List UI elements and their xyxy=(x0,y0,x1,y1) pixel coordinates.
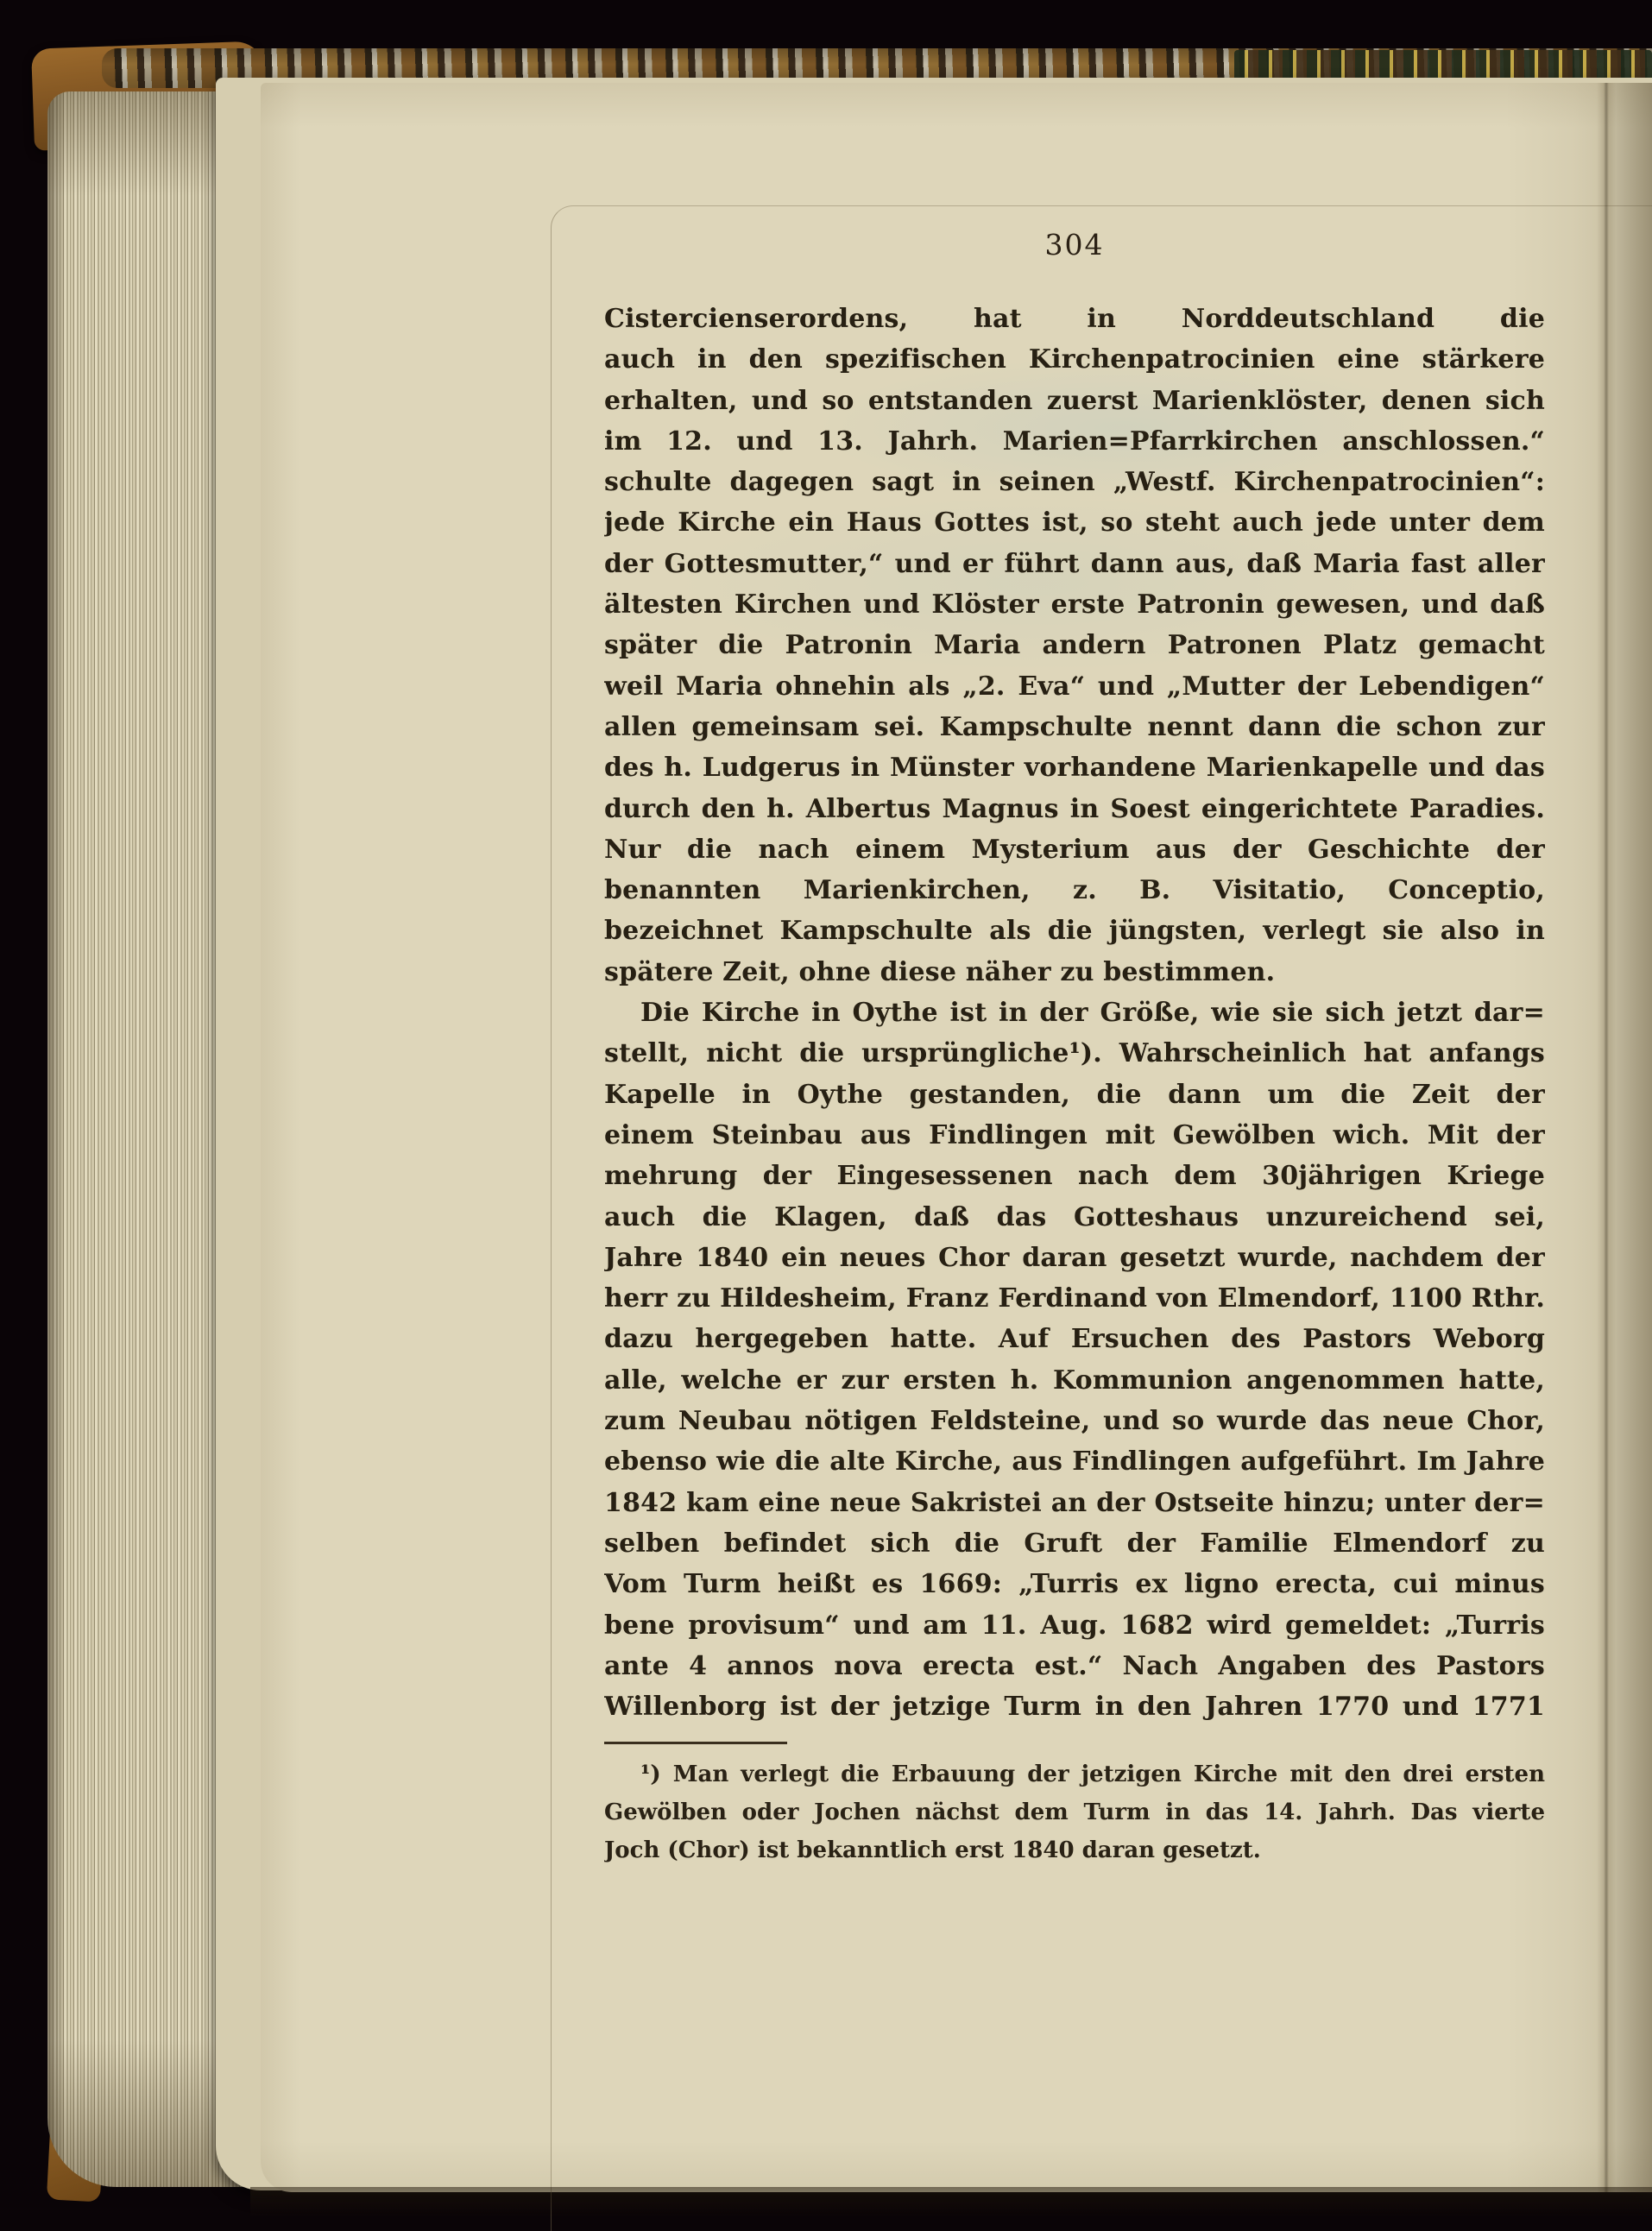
text-line: Jahre 1840 ein neues Chor daran gesetzt … xyxy=(604,1238,1545,1278)
text-line: allen gemeinsam sei. Kampschulte nennt d… xyxy=(604,707,1545,747)
text-line: bezeichnet Kampschulte als die jüngsten,… xyxy=(604,911,1545,951)
text-line: ebenso wie die alte Kirche, aus Findling… xyxy=(604,1441,1545,1482)
text-line: jede Kirche ein Haus Gottes ist, so steh… xyxy=(604,502,1545,543)
text-line: selben befindet sich die Gruft der Famil… xyxy=(604,1523,1545,1564)
footnote-rule xyxy=(604,1742,787,1744)
text-line: ältesten Kirchen und Klöster erste Patro… xyxy=(604,584,1545,625)
text-line: 1842 kam eine neue Sakristei an der Osts… xyxy=(604,1483,1545,1523)
text-line: des h. Ludgerus in Münster vorhandene Ma… xyxy=(604,747,1545,788)
footnote-line: ¹) Man verlegt die Erbauung der jetzigen… xyxy=(604,1755,1545,1793)
text-line: stellt, nicht die ursprüngliche¹). Wahrs… xyxy=(604,1033,1545,1074)
text-line: zum Neubau nötigen Feldsteine, und so wu… xyxy=(604,1401,1545,1441)
text-line: der Gottesmutter,“ und er führt dann aus… xyxy=(604,544,1545,584)
text-line: benannten Marienkirchen, z. B. Visitatio… xyxy=(604,870,1545,911)
text-line: einem Steinbau aus Findlingen mit Gewölb… xyxy=(604,1115,1545,1156)
page-number: 304 xyxy=(604,228,1545,264)
text-line: mehrung der Eingesessenen nach dem 30jäh… xyxy=(604,1156,1545,1196)
text-line: spätere Zeit, ohne diese näher zu bestim… xyxy=(604,952,1545,993)
text-line: Willenborg ist der jetzige Turm in den J… xyxy=(604,1686,1545,1727)
text-line: bene provisum“ und am 11. Aug. 1682 wird… xyxy=(604,1605,1545,1646)
text-line: alle, welche er zur ersten h. Kommunion … xyxy=(604,1360,1545,1401)
text-line: erhalten, und so entstanden zuerst Marie… xyxy=(604,381,1545,421)
text-line: Kapelle in Oythe gestanden, die dann um … xyxy=(604,1075,1545,1115)
text-line: herr zu Hildesheim, Franz Ferdinand von … xyxy=(604,1278,1545,1319)
text-line: Cistercienserordens, hat in Norddeutschl… xyxy=(604,299,1545,339)
main-text-block: Cistercienserordens, hat in Norddeutschl… xyxy=(604,299,1545,1727)
text-line: auch die Klagen, daß das Gotteshaus unzu… xyxy=(604,1197,1545,1238)
page-gutter xyxy=(1597,83,1652,2192)
text-line: weil Maria ohnehin als „2. Eva“ und „Mut… xyxy=(604,666,1545,707)
page-bottom-shadow xyxy=(250,2187,1652,2218)
footnote-block: ¹) Man verlegt die Erbauung der jetzigen… xyxy=(604,1755,1545,1869)
text-line: auch in den spezifischen Kirchenpatrocin… xyxy=(604,339,1545,380)
text-line: durch den h. Albertus Magnus in Soest ei… xyxy=(604,789,1545,829)
text-line: Vom Turm heißt es 1669: „Turris ex ligno… xyxy=(604,1564,1545,1604)
footnote-line: Joch (Chor) ist bekanntlich erst 1840 da… xyxy=(604,1831,1545,1869)
footnote-line: Gewölben oder Jochen nächst dem Turm in … xyxy=(604,1793,1545,1831)
text-line: ante 4 annos nova erecta est.“ Nach Anga… xyxy=(604,1646,1545,1686)
text-line: dazu hergegeben hatte. Auf Ersuchen des … xyxy=(604,1319,1545,1359)
text-line: im 12. und 13. Jahrh. Marien=Pfarrkirche… xyxy=(604,421,1545,462)
text-line: Die Kirche in Oythe ist in der Größe, wi… xyxy=(604,993,1545,1033)
text-line: Nur die nach einem Mysterium aus der Ges… xyxy=(604,829,1545,870)
text-line: später die Patronin Maria andern Patrone… xyxy=(604,625,1545,665)
text-line: schulte dagegen sagt in seinen „Westf. K… xyxy=(604,462,1545,502)
